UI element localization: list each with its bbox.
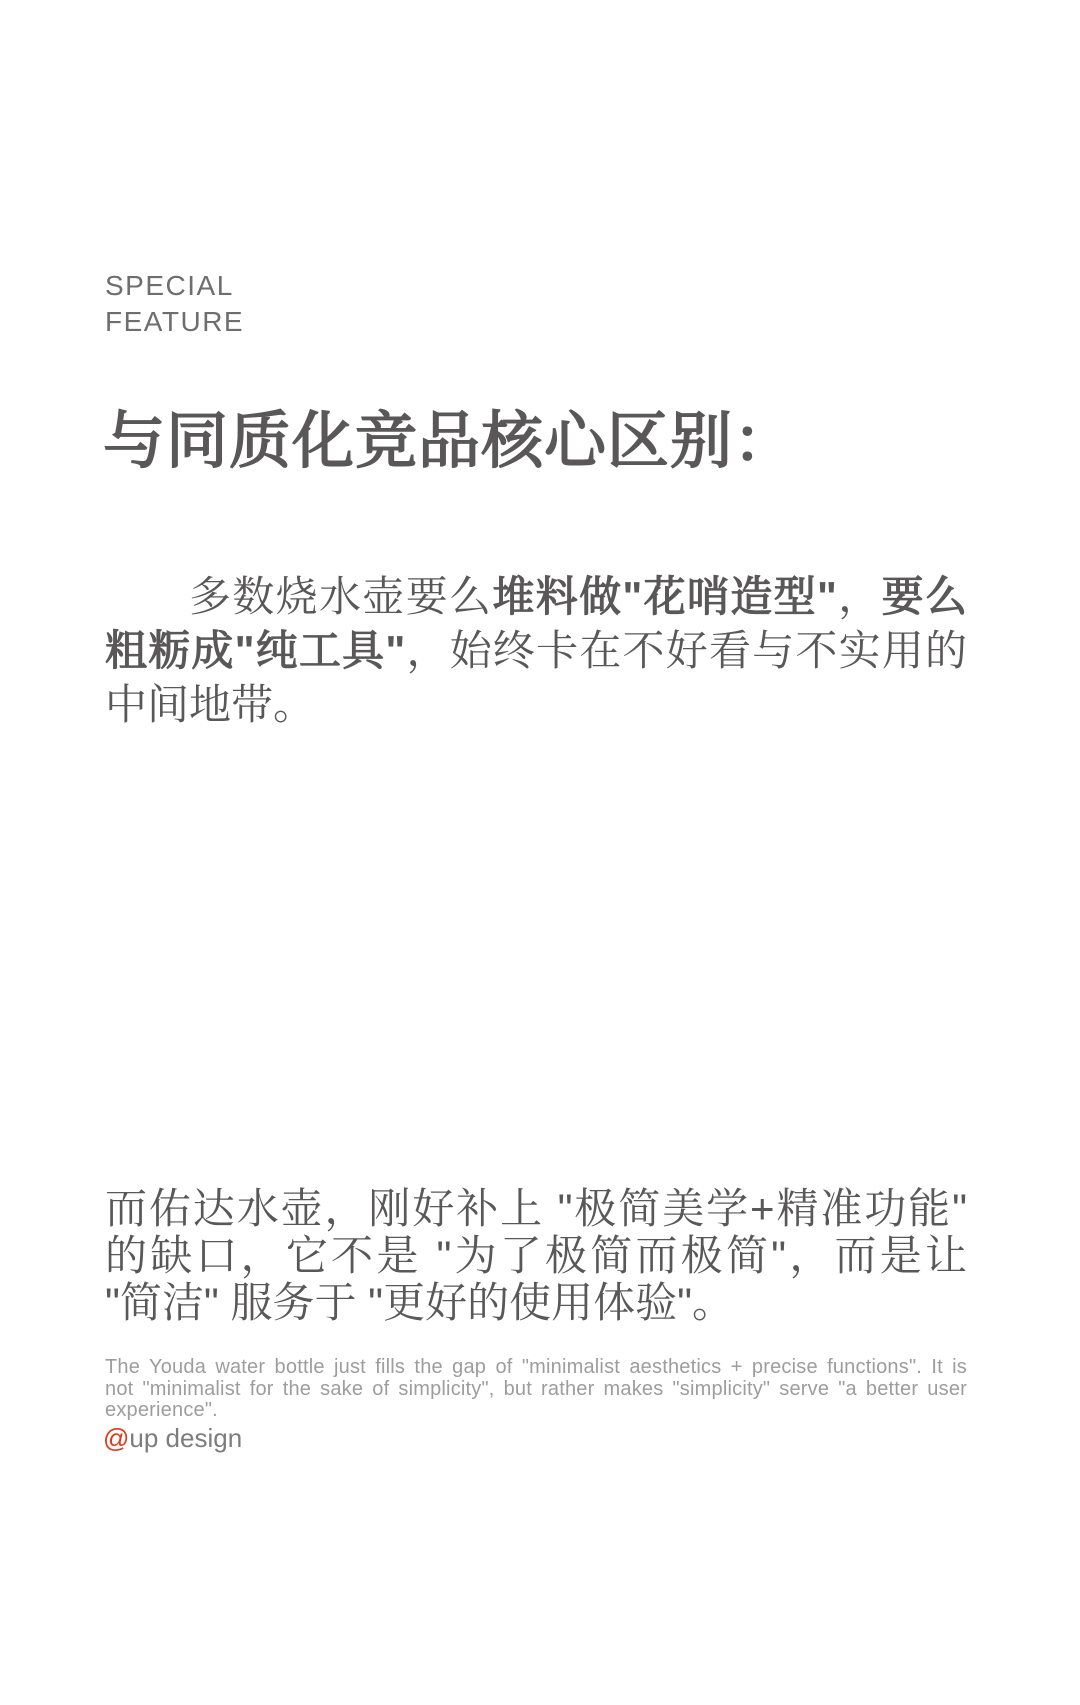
body-paragraph-cn-1: 多数烧水壶要么堆料做"花哨造型"，要么粗粝成"纯工具"，始终卡在不好看与不实用的… xyxy=(105,570,967,732)
page-title: 与同质化竞品核心区别： xyxy=(103,405,796,479)
credit-line: @up design xyxy=(103,1422,242,1454)
eyebrow-line1: SPECIAL xyxy=(105,268,244,304)
body-paragraph-cn-2: 而佑达水壶，刚好补上 "极简美学+精准功能" 的缺口，它不是 "为了极简而极简"… xyxy=(105,1185,967,1326)
credit-name: up design xyxy=(129,1423,242,1453)
eyebrow-label: SPECIAL FEATURE xyxy=(105,268,244,340)
body-paragraph-en: The Youda water bottle just fills the ga… xyxy=(105,1357,967,1422)
eyebrow-line2: FEATURE xyxy=(105,304,244,340)
promo-page: SPECIAL FEATURE 与同质化竞品核心区别： 多数烧水壶要么堆料做"花… xyxy=(0,0,1080,1705)
at-symbol: @ xyxy=(103,1423,129,1453)
